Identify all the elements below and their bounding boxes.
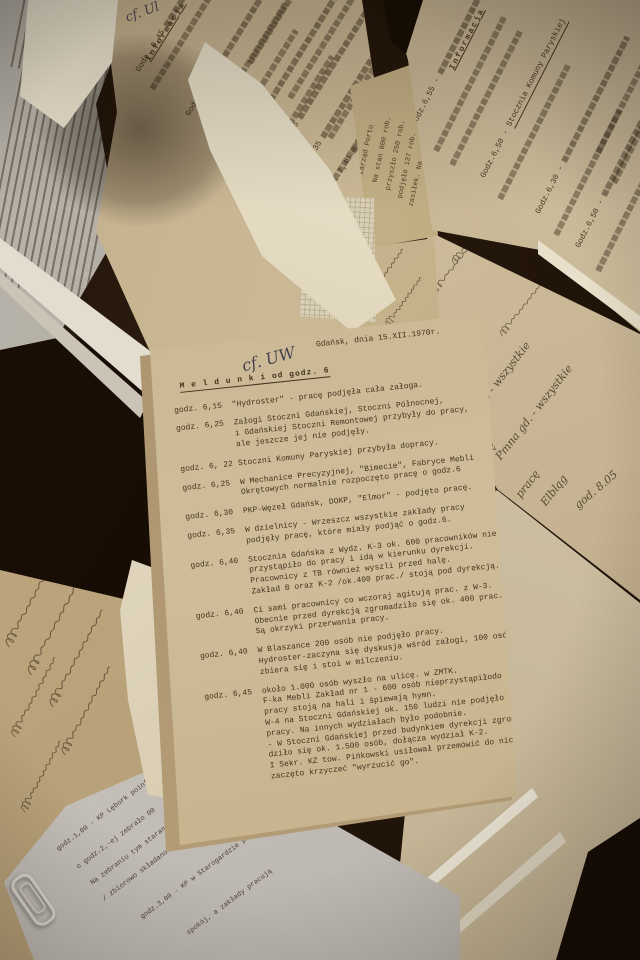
report-line: Godz.6,50 -: [573, 78, 640, 250]
handwritten-fragment: god. 8.05: [572, 468, 620, 512]
report-entry-time: godz. 6,45: [204, 687, 272, 790]
report-entry-time: godz. 6,40: [195, 606, 256, 644]
report-entry-time: godz. 6,40: [200, 646, 261, 684]
report-entry-time: godz. 6,35: [187, 526, 247, 554]
handwriting-squiggle: [496, 269, 553, 338]
report-entry-time: godz. 6,30: [185, 507, 244, 524]
report-entry-time: godz. 6,40: [190, 555, 252, 604]
handwritten-fragment: pracę: [513, 468, 543, 501]
report-entry-time: godz. 6,25: [182, 478, 242, 506]
handwritten-fragment: Elbląg: [538, 472, 570, 508]
report-entry-time: godz. 6,25: [176, 419, 237, 457]
report-entry-time: godz. 6,15: [174, 400, 233, 417]
report-entry-text: około 1.000 osób wyszło na ulicę. w ZMTK…: [261, 658, 542, 783]
photo-scene: gdz. 7,40 Krzyżewo - wszystkie pracę Pmn…: [0, 0, 640, 960]
report-entry-time: godz. 6, 22: [180, 459, 239, 476]
handwriting-squiggle: [17, 738, 65, 814]
